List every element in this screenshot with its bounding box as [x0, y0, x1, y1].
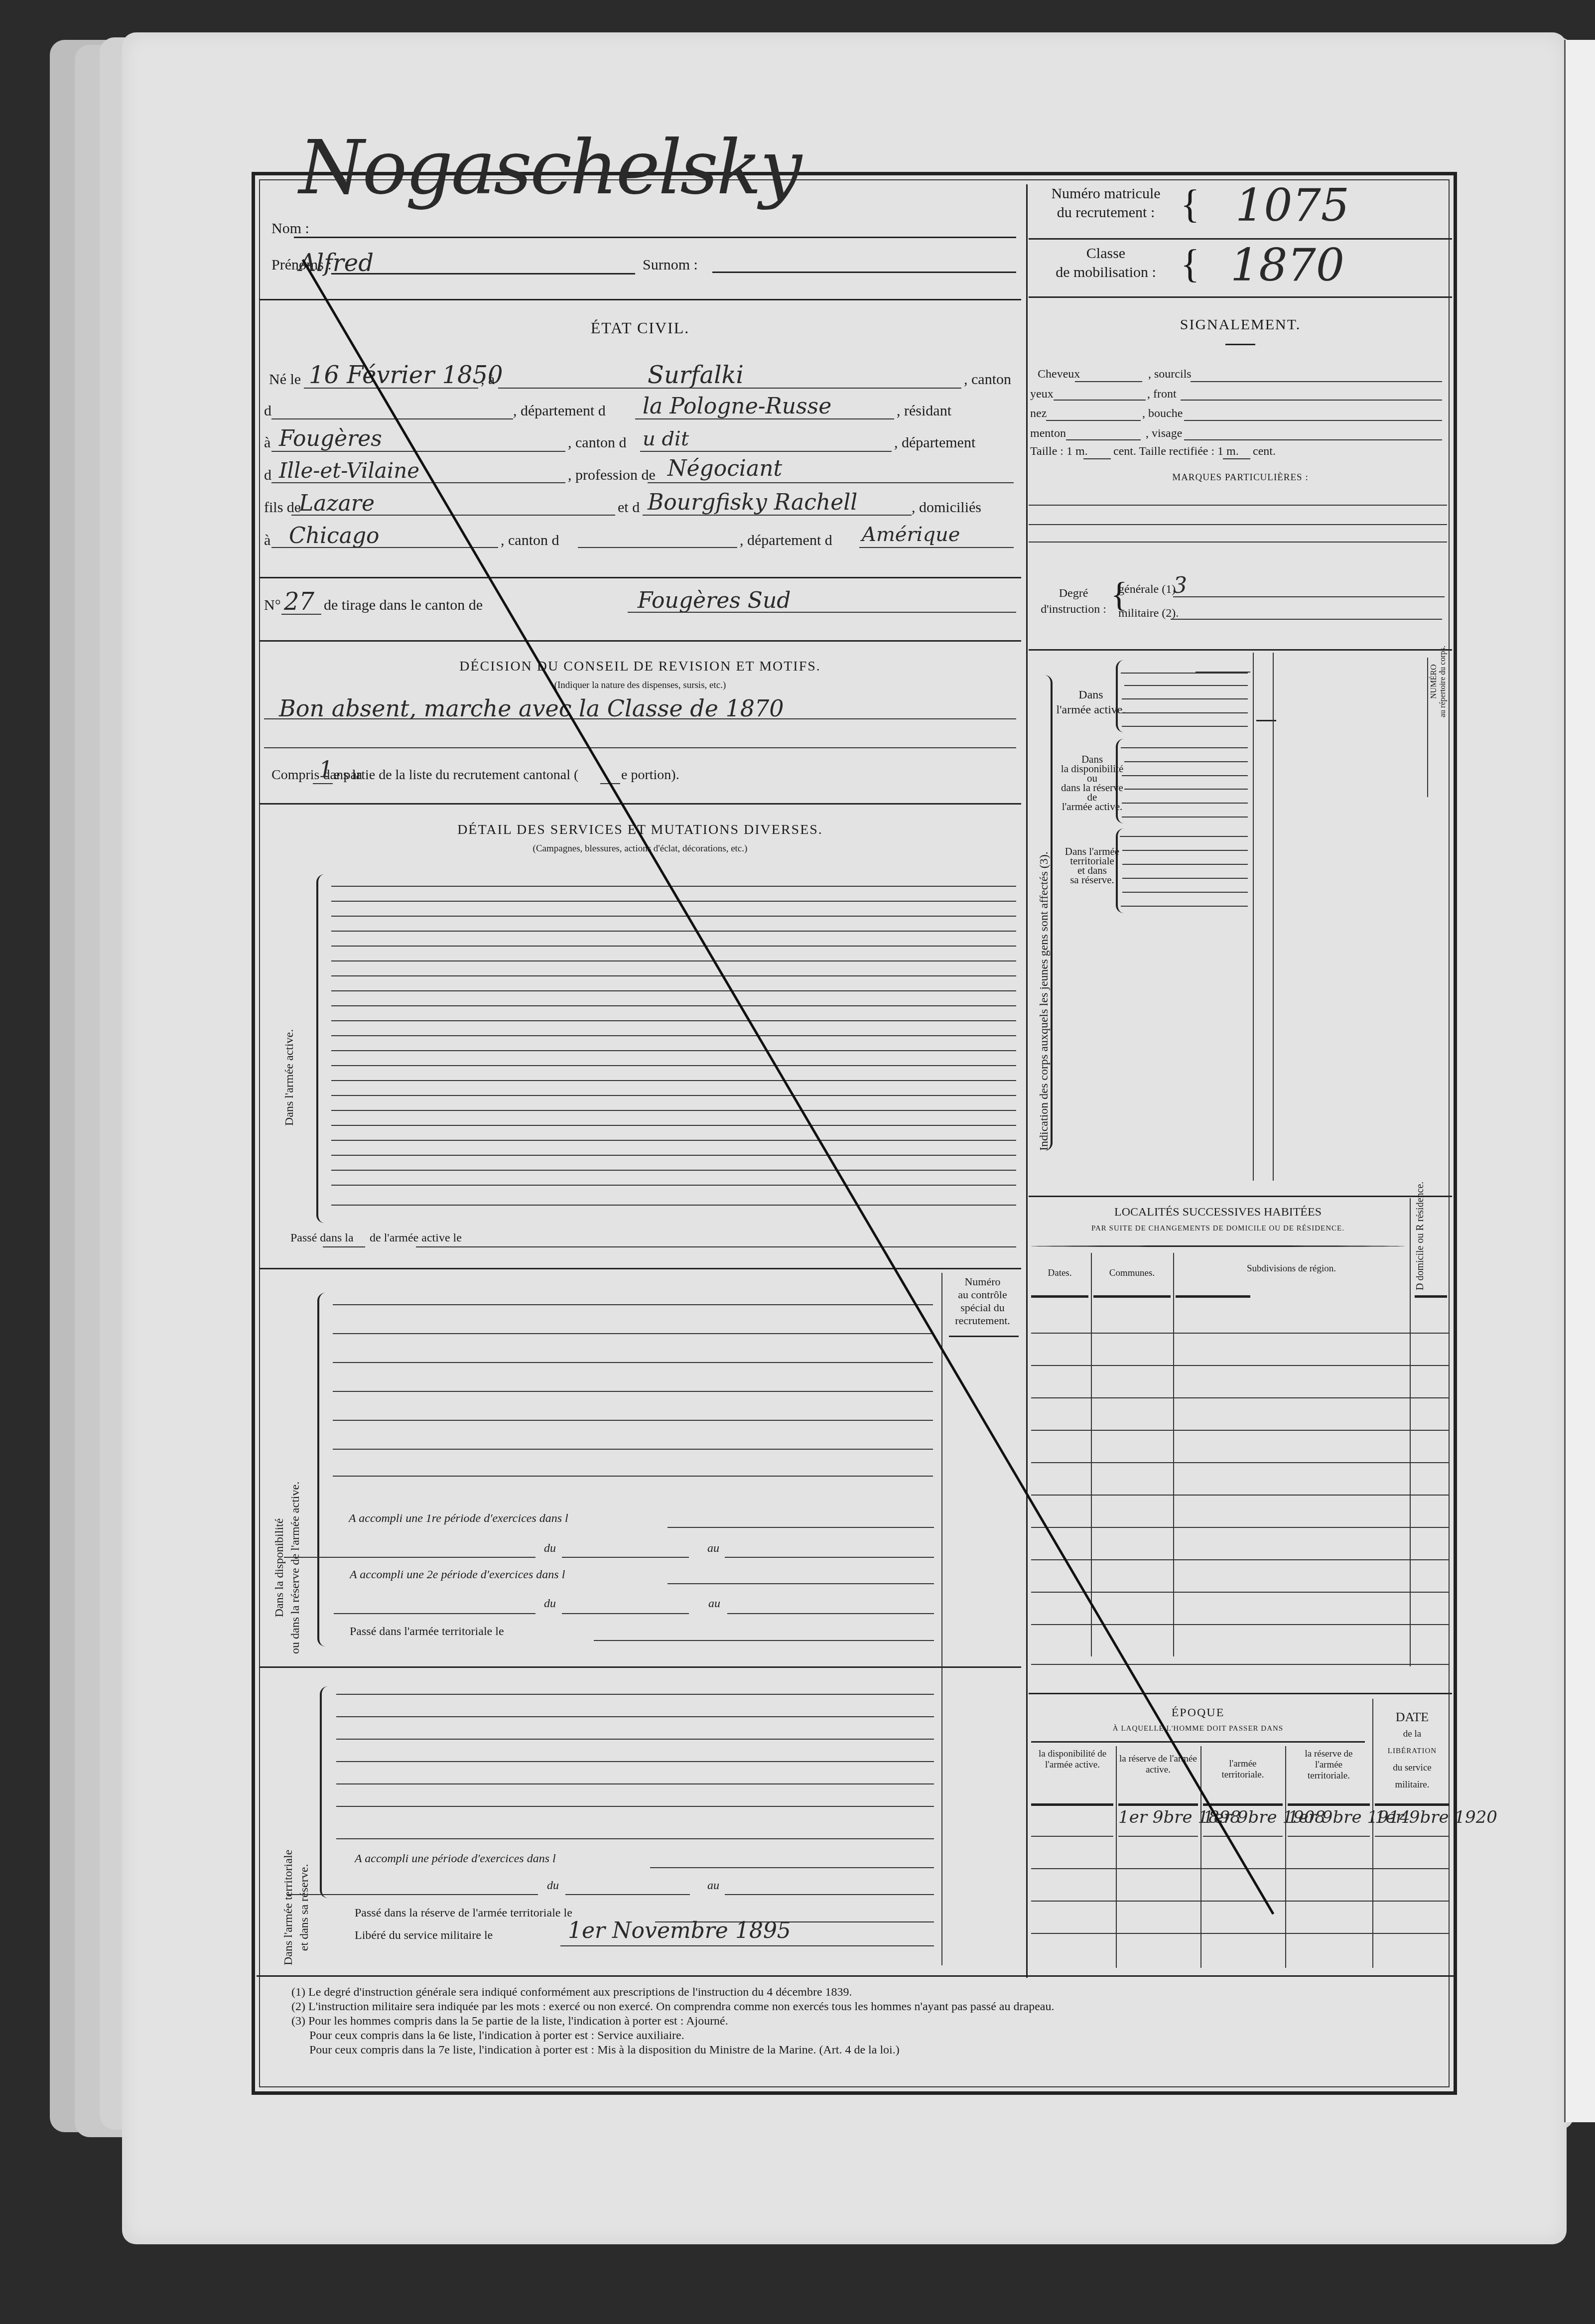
corps-numero-divider-2	[1273, 653, 1274, 1181]
nom-value: Nogaschelsky	[299, 125, 800, 211]
active-line	[331, 1185, 1016, 1186]
corps-line	[1122, 864, 1248, 865]
epoque-row-line	[1375, 1836, 1450, 1837]
lieu-naissance-line	[498, 388, 961, 389]
sourcils-line	[1191, 381, 1442, 382]
matricule-value: 1075	[1235, 179, 1349, 232]
active-line	[331, 1050, 1016, 1051]
tirage-canton-label: de tirage dans le canton de	[324, 597, 483, 614]
menton-line	[1066, 439, 1141, 440]
territoriale-line	[336, 1806, 934, 1807]
epoque-col-territoriale: l'armée territoriale.	[1203, 1759, 1283, 1780]
periode-au-line	[725, 1894, 934, 1895]
active-line	[331, 1065, 1016, 1066]
date-sub: de la	[1375, 1726, 1450, 1743]
territoriale-line	[336, 1761, 934, 1762]
militaire-line	[1171, 619, 1442, 620]
footnotes-rule	[257, 1975, 1455, 1977]
numero-controle-line: recrutement.	[944, 1314, 1021, 1327]
pere-value: Lazare	[299, 491, 375, 516]
decision-subtitle: (Indiquer la nature des dispenses, sursi…	[259, 680, 1021, 691]
nom-label: Nom :	[271, 220, 309, 237]
active-line	[331, 1205, 1016, 1206]
decision-title: DÉCISION DU CONSEIL DE REVISION ET MOTIF…	[259, 659, 1021, 675]
a3-label: à	[264, 532, 270, 549]
active-line	[331, 1140, 1016, 1141]
localites-row-line	[1031, 1430, 1450, 1431]
residence-canton-value: u dit	[643, 427, 689, 450]
numero-controle-label: Numéro au contrôle spécial du recrutemen…	[944, 1275, 1021, 1327]
epoque-date-divider	[1372, 1699, 1373, 1968]
footnote-1: (1) Le degré d'instruction générale sera…	[291, 1985, 1054, 2000]
classe-value: 1870	[1230, 239, 1344, 291]
signalement-label-cheveux: Cheveux	[1038, 368, 1080, 381]
cheveux-line	[1075, 381, 1142, 382]
territoriale-brace	[320, 1686, 329, 1898]
classe-label: Classe de mobilisation :	[1036, 244, 1176, 282]
periode1-label: A accompli une 1re période d'exercices d…	[349, 1512, 568, 1525]
territoriale-line	[336, 1694, 934, 1695]
territoriale-line	[336, 1739, 934, 1740]
compris-line	[313, 783, 333, 784]
corps-right-divider	[1427, 658, 1428, 797]
localites-title: LOCALITÉS SUCCESSIVES HABITÉES	[1029, 1206, 1407, 1219]
disponibilite-brace	[317, 1293, 326, 1646]
signalement-label-visage: , visage	[1146, 427, 1182, 440]
active-line	[331, 1110, 1016, 1111]
date-title: DATE	[1375, 1709, 1450, 1726]
date-sub: LIBÉRATION	[1375, 1743, 1450, 1760]
disponibilite-line	[333, 1333, 933, 1334]
localites-row-line	[1031, 1559, 1450, 1560]
marques-line	[1029, 524, 1447, 525]
periode1-du-label: du	[544, 1542, 556, 1555]
corps-numero-label: NUMÉRO au répertoire du corps.	[1430, 646, 1448, 717]
signalement-label-menton: menton	[1030, 427, 1066, 440]
date-liberation-header: DATE de la LIBÉRATION du service militai…	[1375, 1709, 1450, 1793]
decision-line-1	[264, 718, 1016, 719]
residant-label: , résidant	[897, 403, 951, 419]
active-line	[331, 1080, 1016, 1081]
disponibilite-side-label-2: ou dans la réserve de l'armée active.	[287, 1482, 303, 1654]
periode2-line	[667, 1583, 934, 1584]
corps-line	[1124, 761, 1248, 762]
tirage-canton-value: Fougères Sud	[638, 588, 791, 613]
column-divider	[1026, 184, 1028, 1978]
surnom-line	[712, 272, 1016, 273]
localites-col-subdivisions: Subdivisions de région.	[1173, 1263, 1410, 1275]
localites-header-rule	[1176, 1295, 1250, 1298]
disponibilite-side-label: Dans la disponibilité ou dans la réserve…	[271, 1482, 303, 1654]
canton3-label: , canton d	[501, 532, 559, 549]
corps-active-brace	[1116, 660, 1125, 732]
classe-rule	[1029, 296, 1452, 298]
tirage-no-label: N°	[264, 597, 281, 614]
classe-label-line-1: Classe	[1036, 244, 1176, 263]
epoque-row-line	[1031, 1933, 1450, 1934]
residence-value: Fougères	[279, 426, 382, 451]
footnote-4: Pour ceux compris dans la 6e liste, l'in…	[291, 2029, 1054, 2043]
epoque-subtitle: À LAQUELLE L'HOMME DOIT PASSER DANS	[1029, 1725, 1367, 1733]
periode2-au-line	[727, 1613, 934, 1614]
militaire-label: militaire (2).	[1118, 607, 1179, 620]
localites-row-line	[1031, 1664, 1450, 1665]
degre-rule	[1029, 649, 1452, 651]
epoque-row-line	[1203, 1836, 1283, 1837]
corps-line	[1120, 836, 1248, 837]
numero-controle-rule	[949, 1336, 1019, 1337]
localites-row-line	[1031, 1365, 1450, 1366]
visage-line	[1184, 439, 1442, 440]
epoque-title: ÉPOQUE	[1029, 1706, 1367, 1720]
epoque-col-divider	[1285, 1746, 1286, 1968]
active-line	[331, 1170, 1016, 1171]
compris-label-2: e partie de la liste du recrutement cant…	[334, 767, 578, 783]
bouche-line	[1184, 420, 1442, 421]
surnom-label: Surnom :	[643, 257, 698, 273]
residence-departement-value: Ille-et-Vilaine	[279, 458, 419, 483]
ne-le-label: Né le	[269, 371, 301, 388]
profession-value: Négociant	[667, 456, 782, 481]
date-sub: du service	[1375, 1760, 1450, 1777]
epoque-row-line	[1031, 1901, 1450, 1902]
localites-header-rule	[1415, 1295, 1447, 1298]
footnote-3: (3) Pour les hommes compris dans la 5e p…	[291, 2014, 1054, 2029]
corps-territoriale-brace	[1116, 828, 1125, 913]
passe-reserve-territoriale-label: Passé dans la réserve de l'armée territo…	[355, 1907, 572, 1920]
footnote-2: (2) L'instruction militaire sera indiqué…	[291, 2000, 1054, 2014]
epoque-row-line	[1031, 1836, 1113, 1837]
corps-line	[1122, 878, 1248, 879]
etat-civil-rule	[259, 577, 1021, 578]
active-line	[331, 1020, 1016, 1021]
disponibilite-line	[333, 1449, 933, 1450]
active-line	[331, 1035, 1016, 1036]
departement3-label: , département d	[740, 532, 832, 549]
fils-de-label: fils de	[264, 499, 301, 516]
corps-numero-label-1: NUMÉRO	[1430, 646, 1439, 717]
active-line	[331, 901, 1016, 902]
facing-page-edge	[1564, 40, 1595, 2122]
taille-label: Taille : 1 m.	[1030, 445, 1088, 458]
territoriale-side-label: Dans l'armée territoriale et dans sa rés…	[280, 1850, 312, 1965]
libere-line	[560, 1945, 934, 1946]
lieu-naissance-value: Surfalki	[648, 361, 744, 389]
generale-line	[1173, 596, 1445, 597]
active-line	[331, 975, 1016, 976]
matricule-label-line-2: du recrutement :	[1036, 203, 1176, 222]
date-sub: militaire.	[1375, 1777, 1450, 1793]
numero-controle-divider	[941, 1273, 942, 1666]
numero-controle-line: au contrôle	[944, 1288, 1021, 1301]
disponibilite-line	[333, 1420, 933, 1421]
territoriale-line	[336, 1783, 934, 1784]
numero-controle-line: Numéro	[944, 1275, 1021, 1288]
periode-du-label: du	[547, 1879, 559, 1893]
epoque-col-divider	[1116, 1746, 1117, 1968]
tirage-rule	[259, 640, 1021, 642]
active-rule	[259, 1268, 1021, 1269]
periode1-au-line	[725, 1557, 934, 1558]
degre-label-line-1: Degré	[1036, 585, 1111, 601]
libere-label: Libéré du service militaire le	[355, 1929, 493, 1942]
disponibilite-line	[333, 1476, 933, 1477]
a2-label: à	[264, 434, 270, 451]
epoque-header-rule	[1288, 1803, 1370, 1806]
periode-au-label: au	[707, 1879, 719, 1893]
epoque-col-divider	[1200, 1746, 1201, 1968]
localites-row-line	[1031, 1397, 1450, 1398]
periode2-pre-line	[334, 1613, 535, 1614]
corps-line	[1122, 803, 1248, 804]
corps-line	[1122, 712, 1248, 713]
parents-domicile-value: Chicago	[289, 523, 380, 548]
corps-disponibilite-brace	[1116, 739, 1125, 823]
periode-line	[650, 1867, 934, 1868]
active-brace	[316, 874, 325, 1223]
ne-le-line	[304, 388, 478, 389]
departement2-label: , département	[894, 434, 975, 451]
localites-row-line	[1031, 1527, 1450, 1528]
parents-departement-value: Amérique	[862, 523, 960, 546]
degre-label: Degré d'instruction :	[1036, 585, 1111, 617]
mere-line	[643, 515, 912, 516]
signalement-label-yeux: yeux	[1030, 388, 1054, 401]
epoque-row-line	[1288, 1836, 1370, 1837]
compris-value: 1	[319, 757, 333, 783]
periode1-line	[667, 1527, 934, 1528]
d-label: d	[264, 403, 271, 419]
active-line	[331, 916, 1016, 917]
corps-line	[1121, 747, 1248, 748]
passe-territoriale-line	[594, 1640, 934, 1641]
marques-line	[1029, 542, 1447, 543]
header-rule	[259, 299, 1021, 300]
nom-line	[294, 237, 1016, 238]
epoque-header-rule	[1118, 1803, 1198, 1806]
signalement-label-nez: nez	[1030, 407, 1047, 420]
epoque-row-line	[1031, 1868, 1450, 1869]
localites-subtitle: PAR SUITE DE CHANGEMENTS DE DOMICILE OU …	[1029, 1225, 1407, 1233]
matricule-label-line-1: Numéro matricule	[1036, 184, 1176, 203]
corps-line	[1122, 726, 1248, 727]
decision-line-2	[264, 747, 1016, 748]
classe-brace: {	[1181, 244, 1199, 284]
active-line	[331, 990, 1016, 991]
epoque-header-rule	[1031, 1803, 1113, 1806]
degre-label-line-2: d'instruction :	[1036, 601, 1111, 617]
localites-brace	[1031, 1245, 1405, 1247]
disponibilite-line	[333, 1391, 933, 1392]
departement-label: , département d	[513, 403, 606, 419]
marques-line	[1029, 505, 1447, 506]
taille-line	[1083, 458, 1111, 459]
active-line	[331, 946, 1016, 947]
matricule-brace: {	[1181, 184, 1199, 224]
signalement-label-bouche: , bouche	[1142, 407, 1183, 420]
tirage-no-value: 27	[284, 588, 314, 616]
disponibilite-line	[333, 1304, 933, 1305]
territoriale-line	[336, 1838, 934, 1839]
nez-line	[1046, 420, 1141, 421]
passe-line-1	[323, 1246, 365, 1247]
localites-row-line	[1031, 1592, 1450, 1593]
active-line	[331, 1125, 1016, 1126]
ne-le-value: 16 Février 1850	[309, 361, 503, 389]
marques-label: MARQUES PARTICULIÈRES :	[1029, 472, 1452, 483]
passe-label-2: de l'armée active le	[370, 1231, 462, 1245]
localites-row-line	[1031, 1333, 1450, 1334]
libere-value: 1er Novembre 1895	[568, 1918, 791, 1943]
active-line	[331, 886, 1016, 887]
d2-label: d	[264, 467, 271, 484]
taille-cent2-label: cent.	[1253, 445, 1276, 458]
localites-row-line	[1031, 1462, 1450, 1463]
profession-line	[648, 482, 1014, 483]
signalement-label-sourcils: , sourcils	[1148, 368, 1192, 381]
territoriale-line	[336, 1716, 934, 1717]
footnote-5: Pour ceux compris dans la 7e liste, l'in…	[291, 2043, 1054, 2057]
signalement-label-front: , front	[1147, 388, 1177, 401]
corps-numero-label-2: au répertoire du corps.	[1439, 646, 1448, 717]
numero-controle-line: spécial du	[944, 1301, 1021, 1314]
domicilies-label: , domiciliés	[912, 499, 981, 516]
epoque-row-line	[1118, 1836, 1198, 1837]
residence-departement-line	[271, 482, 565, 483]
parents-domicile-line	[271, 547, 498, 548]
departement-value: la Pologne-Russe	[643, 394, 831, 419]
localites-header-rule	[1093, 1295, 1171, 1298]
active-line	[331, 1155, 1016, 1156]
date-liberation-value: 1er 9bre 1920	[1375, 1807, 1497, 1827]
canton-d-label: , canton d	[568, 434, 626, 451]
periode1-au-label: au	[707, 1542, 719, 1555]
territoriale-side-label-2: et dans sa réserve.	[296, 1850, 312, 1965]
classe-label-line-2: de mobilisation :	[1036, 263, 1176, 282]
disponibilite-line	[333, 1362, 933, 1363]
localites-dr-divider	[1410, 1198, 1411, 1666]
periode-label: A accompli une période d'exercices dans …	[355, 1852, 556, 1866]
signalement-dash	[1225, 344, 1255, 345]
corps-rule	[1029, 1196, 1452, 1197]
periode-pre-line	[339, 1894, 538, 1895]
corps-line-ext	[1196, 672, 1250, 673]
passe-line-2	[416, 1246, 1016, 1247]
canton-label: , canton	[964, 371, 1011, 388]
periode2-au-label: au	[708, 1597, 720, 1611]
corps-line	[1124, 685, 1248, 686]
localites-row-line	[1031, 1624, 1450, 1625]
decision-rule	[259, 803, 1021, 805]
etat-civil-title: ÉTAT CIVIL.	[259, 319, 1021, 337]
compris-label-3: e portion).	[621, 767, 679, 783]
periode2-du-label: du	[544, 1597, 556, 1611]
corps-line	[1121, 906, 1248, 907]
corps-line	[1122, 817, 1248, 818]
epoque-header-rule	[1375, 1803, 1450, 1806]
periode2-label: A accompli une 2e période d'exercices da…	[350, 1568, 565, 1582]
periode1-du-line	[562, 1557, 689, 1558]
active-side-label: Dans l'armée active.	[283, 1029, 296, 1126]
localites-rule	[1029, 1693, 1452, 1694]
epoque-brace	[1031, 1741, 1365, 1743]
localites-col-divider	[1091, 1253, 1092, 1656]
active-line	[331, 1005, 1016, 1006]
canton-value-line	[271, 418, 513, 419]
periode1-pre-line	[334, 1557, 535, 1558]
footnotes: (1) Le degré d'instruction générale sera…	[291, 1985, 1054, 2057]
yeux-line	[1054, 400, 1146, 401]
corps-line	[1121, 673, 1248, 674]
parents-departement-line	[859, 547, 1014, 548]
corps-line	[1122, 892, 1248, 893]
corps-line	[1122, 850, 1248, 851]
passe-territoriale-label: Passé dans l'armée territoriale le	[350, 1625, 504, 1639]
residence-canton-line	[640, 451, 892, 452]
localites-header-rule	[1031, 1295, 1088, 1298]
periode-du-line	[565, 1894, 690, 1895]
services-subtitle: (Campagnes, blessures, actions d'éclat, …	[259, 843, 1021, 854]
mere-value: Bourgfisky Rachell	[648, 490, 857, 515]
tirage-no-line	[281, 614, 321, 615]
active-line	[331, 960, 1016, 961]
localites-col-communes: Communes.	[1091, 1268, 1173, 1279]
generale-label: générale (1)	[1118, 583, 1176, 596]
tirage-canton-line	[628, 612, 1016, 613]
corps-numero-divider	[1253, 653, 1254, 1181]
a-label: , à	[481, 371, 495, 388]
disponibilite-side-label-1: Dans la disponibilité	[271, 1482, 287, 1654]
periode2-du-line	[562, 1613, 689, 1614]
corps-line	[1122, 698, 1248, 699]
et-de-label: et d	[618, 499, 640, 516]
epoque-col-disponibilite: la disponibilité de l'armée active.	[1030, 1749, 1115, 1771]
territoriale-right-divider	[941, 1666, 942, 1965]
active-line	[331, 1095, 1016, 1096]
disponibilite-rule	[259, 1666, 1021, 1668]
generale-value: 3	[1173, 573, 1187, 598]
corps-line	[1124, 789, 1248, 790]
territoriale-side-label-1: Dans l'armée territoriale	[280, 1850, 296, 1965]
form-inner-border	[259, 179, 1450, 2087]
front-line	[1181, 400, 1442, 401]
localites-col-divider	[1173, 1253, 1174, 1656]
signalement-title: SIGNALEMENT.	[1029, 316, 1452, 333]
active-line	[331, 931, 1016, 932]
localites-col-dates: Dates.	[1029, 1268, 1091, 1279]
profession-label: , profession de	[568, 467, 656, 484]
decision-value: Bon absent, marche avec la Classe de 187…	[279, 695, 784, 722]
taille-rectifiee-line	[1223, 458, 1250, 459]
prenoms-line	[331, 273, 635, 274]
passe-label-1: Passé dans la	[290, 1231, 354, 1245]
corps-brace	[1044, 675, 1053, 1151]
epoque-header-rule	[1203, 1803, 1283, 1806]
localites-dr-header: D domicile ou R résidence.	[1415, 1182, 1426, 1290]
localites-row-line	[1031, 1495, 1450, 1496]
matricule-label: Numéro matricule du recrutement :	[1036, 184, 1176, 222]
taille-cent-label: cent. Taille rectifiée : 1 m.	[1113, 445, 1239, 458]
epoque-col-reserve-territoriale: la réserve de l'armée territoriale.	[1288, 1749, 1370, 1781]
corps-line	[1122, 775, 1248, 776]
parents-canton-line	[578, 547, 737, 548]
residence-line	[271, 451, 565, 452]
departement-line	[635, 418, 894, 419]
